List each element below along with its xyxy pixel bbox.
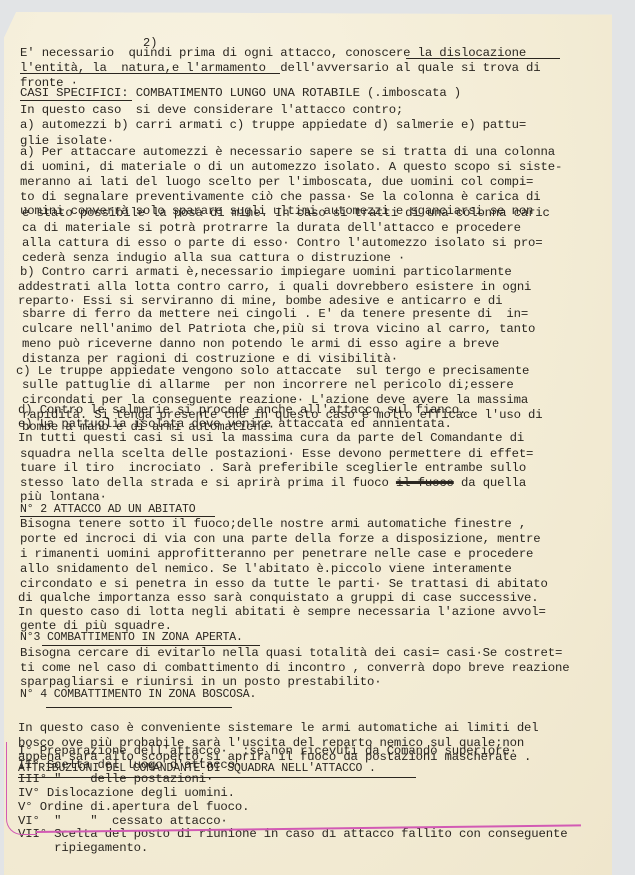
lontana-line: più lontana· xyxy=(20,490,107,504)
s2-line: i rimanenti uomini approfitteranno per p… xyxy=(20,547,533,561)
body-line: b) Contro carri armati è,necessario impi… xyxy=(20,265,512,279)
s2-line: di qualche importanza esso sarà conquist… xyxy=(18,591,539,605)
s3-line: sparpagliarsi e riunirsi in un posto pre… xyxy=(20,675,381,689)
body-line: c) Le truppe appiedate vengono solo atta… xyxy=(16,364,529,378)
salmerie-line: d) Contro le salmerie si procede anche a… xyxy=(18,403,466,417)
body-line: cederà senza indugio alla sua cattura o … xyxy=(22,251,405,265)
strike-line: stesso lato della strada e si aprirà pri… xyxy=(20,476,526,490)
s2-line: allo snidamento del nemico. Se l'abitato… xyxy=(20,562,512,576)
postazioni-line: squadra nella scelta delle postazioni· E… xyxy=(20,447,533,461)
body-line: culcare nell'animo del Patriota che,più … xyxy=(22,322,535,336)
s2-line: porte ed incroci di via con una parte de… xyxy=(20,532,541,546)
duty-item-1: I° Preparazione dell'attacco· :se non ri… xyxy=(18,744,517,758)
body-line: meranno ai lati del luogo scelto per l'i… xyxy=(20,175,533,189)
duty-item-4: IV° Dislocazione degli uomini. xyxy=(18,786,235,800)
casi-specifici-heading: CASI SPECIFICI: COMBATIMENTO LUNGO UNA R… xyxy=(20,86,461,100)
body-line: ca di materiale si potrà protrarre la du… xyxy=(22,221,521,235)
section-4-heading: N° 4 COMBATTIMENTO IN ZONA BOSCOSA. xyxy=(20,688,256,702)
body-line: reparto· Essi si serviranno di mine, bom… xyxy=(18,294,502,308)
strike-post: da quella xyxy=(454,476,526,490)
body-line: In questo caso si deve considerare l'att… xyxy=(20,103,403,117)
duty-item-2: II° Scelta del luogo d'attacco· xyxy=(18,758,242,772)
casi-specifici-label: CASI SPECIFICI: xyxy=(20,86,128,100)
underline-dislocazione xyxy=(406,58,560,59)
attacco-abitato-title: N° 2 ATTACCO AD UN ABITATO xyxy=(20,503,196,517)
section-3-heading: N°3 COMBATTIMENTO IN ZONA APERTA. xyxy=(20,631,243,645)
body-line: a) automezzi b) carri armati c) truppe a… xyxy=(20,118,526,132)
body-line: addestrati alla lotta contro carro, i qu… xyxy=(18,280,531,294)
underline-armamento xyxy=(20,73,280,74)
body-line: è stato possibile la posa di mine. In ca… xyxy=(22,206,550,220)
body-line: di uomini, di materiale o di un automezz… xyxy=(20,160,562,174)
comandante-line: In tutti questi casi si usi la massima c… xyxy=(18,431,524,445)
body-line: a) Per attaccare automezzi è necessario … xyxy=(20,145,555,159)
s4-line: In questo caso è conveniente sistemare l… xyxy=(18,721,539,735)
s2-line: Bisogna tenere sotto il fuoco;delle nost… xyxy=(20,517,526,531)
rotabile-heading: COMBATIMENTO LUNGO UNA ROTABILE (.imbosc… xyxy=(136,86,461,100)
strike-pre: stesso lato della strada e si aprirà pri… xyxy=(20,476,396,490)
s3-line: Bisogna cercare di evitarlo nella quasi … xyxy=(20,646,562,660)
s3-line: ti come nel caso di combattimento di inc… xyxy=(20,661,569,675)
body-line: meno può riceverne danno non potendo le … xyxy=(22,337,499,351)
duty-item-5: V° Ordine di.apertura del fuoco. xyxy=(18,800,249,814)
body-line: sbarre di ferro da mettere nei cingoli .… xyxy=(22,307,528,321)
s2-line: In questo caso di lotta negli abitati è … xyxy=(18,605,546,619)
duty-item-3: III° " delle postazioni· xyxy=(18,772,213,786)
body-line: to di segnalare preventivamente ciò che … xyxy=(20,190,541,204)
s2-line: circondato e si penetra in esso da tutte… xyxy=(20,577,548,591)
struck-text: il fuoco xyxy=(396,476,454,490)
pattuglia-line: e) La pattuglia isolata deve venire atta… xyxy=(18,417,452,431)
underline-section-4 xyxy=(46,707,232,708)
duty-item-6: VI° " " cessato attacco· xyxy=(18,814,228,828)
body-line: sulle pattuglie di allarme per non incor… xyxy=(22,378,514,392)
duty-item-8: ripiegamento. xyxy=(18,841,148,855)
underline-casi-specifici xyxy=(20,100,132,101)
body-line: alla cattura di esso o parte di esso· Co… xyxy=(22,236,543,250)
tiro-line: tuare il tiro incrociato . Sarà preferib… xyxy=(20,461,526,475)
pink-marker-bracket xyxy=(6,742,37,835)
